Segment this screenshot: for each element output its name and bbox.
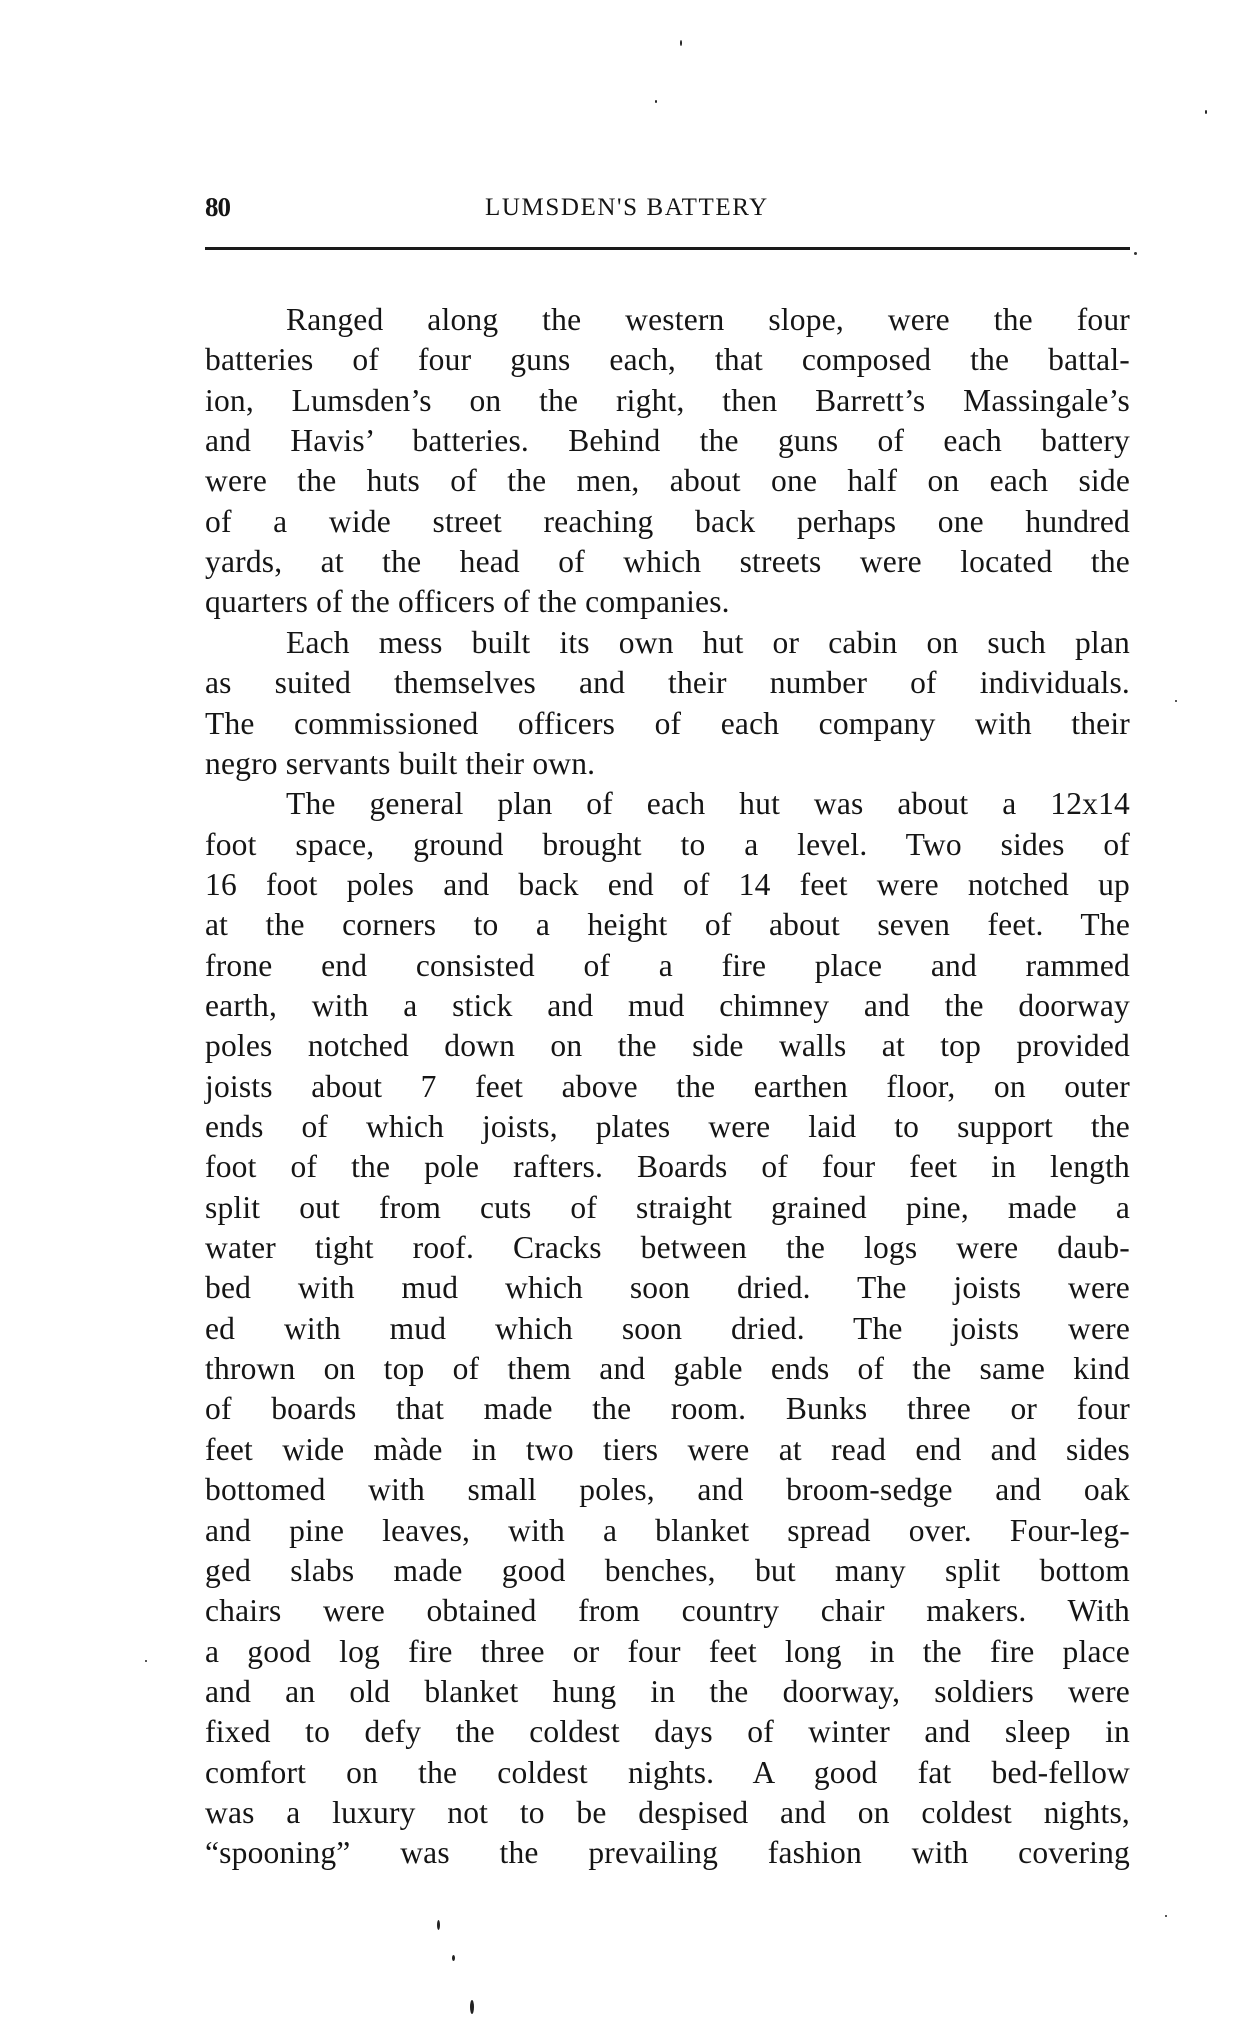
scan-speck <box>1175 700 1177 702</box>
text-line: thrown on top of them and gable ends of … <box>205 1349 1130 1389</box>
text-line: ed with mud which soon dried. The joists… <box>205 1309 1130 1349</box>
text-line: The commissioned officers of each compan… <box>205 704 1130 744</box>
text-line: foot of the pole rafters. Boards of four… <box>205 1147 1130 1187</box>
text-line: poles notched down on the side walls at … <box>205 1026 1130 1066</box>
text-line: Each mess built its own hut or cabin on … <box>286 623 1130 663</box>
text-line: earth, with a stick and mud chimney and … <box>205 986 1130 1026</box>
text-line: bed with mud which soon dried. The joist… <box>205 1268 1130 1308</box>
text-line: and Havis’ batteries. Behind the guns of… <box>205 421 1130 461</box>
text-line: Ranged along the western slope, were the… <box>286 300 1130 340</box>
text-line: frone end consisted of a fire place and … <box>205 946 1130 986</box>
scan-speck <box>452 1955 455 1961</box>
book-page: 80 LUMSDEN'S BATTERY Ranged along the we… <box>0 0 1250 2031</box>
text-line: of a wide street reaching back perhaps o… <box>205 502 1130 542</box>
running-title: LUMSDEN'S BATTERY <box>485 194 769 222</box>
text-line: of boards that made the room. Bunks thre… <box>205 1389 1130 1429</box>
text-line: fixed to defy the coldest days of winter… <box>205 1712 1130 1752</box>
scan-speck <box>145 1660 147 1662</box>
text-line: comfort on the coldest nights. A good fa… <box>205 1753 1130 1793</box>
scan-speck <box>1165 1915 1167 1917</box>
text-line: chairs were obtained from country chair … <box>205 1591 1130 1631</box>
text-line: foot space, ground brought to a level. T… <box>205 825 1130 865</box>
rule-speck <box>1134 252 1137 255</box>
text-line: split out from cuts of straight grained … <box>205 1188 1130 1228</box>
text-line: ion, Lumsden’s on the right, then Barret… <box>205 381 1130 421</box>
text-line: yards, at the head of which streets were… <box>205 542 1130 582</box>
text-line: 16 foot poles and back end of 14 feet we… <box>205 865 1130 905</box>
text-line: quarters of the officers of the companie… <box>205 582 1130 622</box>
text-line: and an old blanket hung in the doorway, … <box>205 1672 1130 1712</box>
scan-speck <box>437 1920 440 1930</box>
scan-speck <box>655 100 657 103</box>
text-line: batteries of four guns each, that compos… <box>205 340 1130 380</box>
header-rule <box>205 247 1130 250</box>
text-line: “spooning” was the prevailing fashion wi… <box>205 1833 1130 1873</box>
text-line: The general plan of each hut was about a… <box>286 784 1130 824</box>
text-line: were the huts of the men, about one half… <box>205 461 1130 501</box>
text-line: a good log fire three or four feet long … <box>205 1632 1130 1672</box>
text-line: joists about 7 feet above the earthen fl… <box>205 1067 1130 1107</box>
text-line: ged slabs made good benches, but many sp… <box>205 1551 1130 1591</box>
text-line: feet wide màde in two tiers were at read… <box>205 1430 1130 1470</box>
text-line: and pine leaves, with a blanket spread o… <box>205 1511 1130 1551</box>
running-head: 80 LUMSDEN'S BATTERY <box>205 190 1130 230</box>
text-line: as suited themselves and their number of… <box>205 663 1130 703</box>
text-line: was a luxury not to be despised and on c… <box>205 1793 1130 1833</box>
page-number: 80 <box>205 192 230 223</box>
text-line: negro servants built their own. <box>205 744 1130 784</box>
scan-speck <box>470 2000 474 2014</box>
text-line: ends of which joists, plates were laid t… <box>205 1107 1130 1147</box>
text-line: bottomed with small poles, and broom-sed… <box>205 1470 1130 1510</box>
text-line: at the corners to a height of about seve… <box>205 905 1130 945</box>
text-line: water tight roof. Cracks between the log… <box>205 1228 1130 1268</box>
scan-speck <box>680 40 682 46</box>
scan-speck <box>1205 110 1207 114</box>
